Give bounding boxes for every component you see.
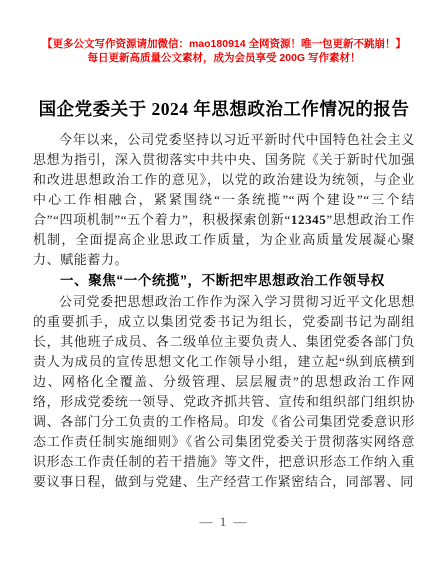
section-heading: 一、聚焦“一个统揽”，不断把牢思想政治工作领导权 (33, 270, 415, 292)
paragraph: 公司党委把思想政治工作作为深入学习贯彻习近平文化思想的重要抓手，成立以集团党委书… (33, 292, 415, 492)
text-segment: 公司党委把思想政治工作作为深入学习贯彻习近平文化思想的重要抓手，成立以集团党委书… (33, 294, 415, 489)
document-page: 【更多公文写作资源请加微信：mao180914 全网资源！唯一包更新不跳崩！】 … (0, 0, 448, 580)
ad-watermark: 【更多公文写作资源请加微信：mao180914 全网资源！唯一包更新不跳崩！】 … (0, 37, 448, 65)
paragraph: 今年以来，公司党委坚持以习近平新时代中国特色社会主义思想为指引，深入贯彻落实中共… (33, 130, 415, 270)
text-segment: 12345 (291, 212, 327, 227)
ad-watermark-line2: 每日更新高质量公文素材，成为会员享受 200G 写作素材！ (0, 51, 448, 65)
document-title: 国企党委关于 2024 年思想政治工作情况的报告 (0, 97, 448, 121)
page-number: — 1 — (0, 514, 448, 530)
document-body: 今年以来，公司党委坚持以习近平新时代中国特色社会主义思想为指引，深入贯彻落实中共… (33, 130, 415, 492)
text-segment: 一、聚焦“一个统揽”，不断把牢思想政治工作领导权 (60, 273, 385, 288)
ad-watermark-line1: 【更多公文写作资源请加微信：mao180914 全网资源！唯一包更新不跳崩！】 (0, 37, 448, 51)
